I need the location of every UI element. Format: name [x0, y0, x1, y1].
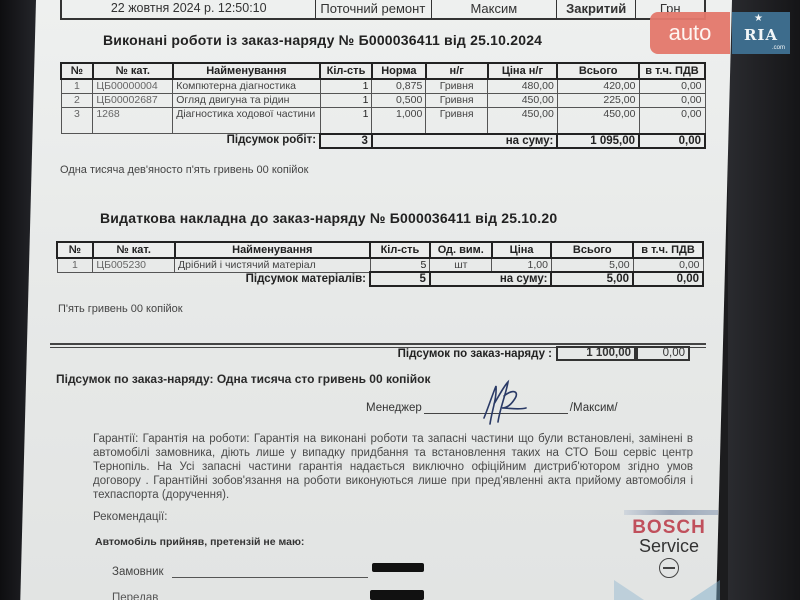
materials-summary-qty: 5 [370, 272, 430, 286]
service-label: Service [614, 536, 724, 557]
materials-col-header: Од. вим. [430, 242, 492, 258]
works-total-words: Одна тисяча дев'яносто п'ять гривень 00 … [60, 164, 308, 176]
unit: Гривня [426, 79, 488, 94]
customer-signature-line: Замовник [112, 566, 368, 578]
manager-name: Максим [432, 0, 557, 18]
works-summary-qty: 3 [320, 134, 372, 148]
item-name: Дрібний і чистячий матеріал [175, 258, 370, 272]
stamp-decoration [614, 580, 644, 600]
unit: Гривня [426, 94, 488, 108]
catalog-number: ЦБ00000004 [93, 79, 173, 94]
quantity: 5 [370, 258, 430, 272]
norm-hours: 0,500 [372, 94, 426, 108]
grand-total-row: Підсумок по заказ-наряду : 1 100,00 0,00 [384, 346, 690, 361]
item-name: Діагностика ходової частини [173, 108, 320, 134]
works-table: №№ кат.НайменуванняКіл-стьНорман/гЦіна н… [60, 62, 706, 149]
line-total: 225,00 [557, 94, 639, 108]
vat-amount: 0,00 [639, 108, 705, 134]
materials-col-header: в т.ч. ПДВ [633, 242, 703, 258]
materials-col-header: Всього [551, 242, 633, 258]
watermark-ria-text: RIA [744, 26, 778, 44]
unit-price: 1,00 [492, 258, 552, 272]
materials-summary-row: Підсумок матеріалів: 5 на суму: 5,00 0,0… [57, 272, 703, 286]
line-total: 450,00 [557, 108, 639, 134]
repair-type: Поточний ремонт [316, 0, 431, 18]
manager-label: Менеджер [366, 402, 422, 414]
order-header-strip: 22 жовтня 2024 р. 12:50:10 Поточний ремо… [60, 0, 706, 20]
order-status: Закритий [557, 0, 637, 18]
vat-amount: 0,00 [639, 79, 705, 94]
catalog-number: 1268 [93, 108, 173, 134]
item-name: Огляд двигуна та рідин [173, 94, 320, 108]
manager-signed-name: /Максим/ [570, 402, 618, 414]
materials-summary-label: Підсумок матеріалів: [57, 272, 370, 286]
watermark-ria: ★ RIA .com [732, 12, 790, 54]
bosch-armature-icon [659, 558, 679, 578]
grand-total-label: Підсумок по заказ-наряду : [384, 348, 556, 360]
table-row: 1ЦБ005230Дрібний і чистячий матеріал5шт1… [57, 258, 703, 272]
works-summary-label: Підсумок робіт: [61, 134, 320, 148]
works-sum-vat: 0,00 [639, 134, 705, 148]
quantity: 1 [320, 108, 372, 134]
norm-hours: 1,000 [372, 108, 426, 134]
quantity: 1 [320, 79, 372, 94]
norm-hours: 0,875 [372, 79, 426, 94]
works-col-header: в т.ч. ПДВ [639, 63, 705, 79]
works-title: Виконані роботи із заказ-наряду № Б00003… [103, 32, 542, 48]
row-number: 1 [57, 258, 93, 272]
watermark-com: .com [772, 45, 785, 51]
works-sum-label: на суму: [372, 134, 557, 148]
works-summary-row: Підсумок робіт: 3 на суму: 1 095,00 0,00 [61, 134, 705, 148]
unit-price: 450,00 [488, 108, 558, 134]
materials-col-header: Кіл-сть [370, 242, 430, 258]
bosch-service-stamp: BOSCH Service [614, 510, 724, 600]
grand-total-sum: 1 100,00 [556, 346, 636, 361]
row-number: 3 [61, 108, 93, 134]
works-col-header: Всього [557, 63, 639, 79]
works-col-header: № [61, 63, 93, 79]
customer-underline [172, 566, 368, 578]
row-number: 1 [61, 79, 93, 94]
redaction-mark [370, 590, 424, 600]
works-col-header: Ціна н/г [488, 63, 558, 79]
quantity: 1 [320, 94, 372, 108]
unit-price: 480,00 [488, 79, 558, 94]
line-total: 420,00 [557, 79, 639, 94]
catalog-number: ЦБ005230 [93, 258, 175, 272]
grand-total-words: Підсумок по заказ-наряду: Одна тисяча ст… [56, 372, 430, 386]
table-row: 1ЦБ00000004Компютерна діагностика10,875Г… [61, 79, 705, 94]
stamp-strip [624, 510, 718, 515]
materials-table: №№ кат.НайменуванняКіл-стьОд. вим.ЦінаВс… [56, 241, 704, 287]
row-number: 2 [61, 94, 93, 108]
unit: шт [430, 258, 492, 272]
works-col-header: Кіл-сть [320, 63, 372, 79]
works-sum-total: 1 095,00 [557, 134, 639, 148]
works-col-header: Норма [372, 63, 426, 79]
item-name: Компютерна діагностика [173, 79, 320, 94]
invoice-document: 22 жовтня 2024 р. 12:50:10 Поточний ремо… [0, 0, 800, 600]
vat-amount: 0,00 [633, 258, 703, 272]
warranty-text: Гарантії: Гарантія на роботи: Гарантія н… [93, 432, 693, 502]
materials-total-words: П'ять гривень 00 копійок [58, 303, 183, 315]
stamp-decoration [690, 580, 720, 600]
accepted-statement: Автомобіль прийняв, претензій не маю: [95, 536, 304, 548]
catalog-number: ЦБ00002687 [93, 94, 173, 108]
materials-col-header: Ціна [492, 242, 552, 258]
recommendations-label: Рекомендації: [93, 511, 167, 523]
line-total: 5,00 [551, 258, 633, 272]
works-col-header: Найменування [173, 63, 320, 79]
vat-amount: 0,00 [639, 94, 705, 108]
materials-col-header: Найменування [175, 242, 370, 258]
watermark-auto: auto [650, 12, 730, 54]
materials-sum-vat: 0,00 [633, 272, 703, 286]
handwritten-signature [470, 378, 530, 426]
unit-price: 450,00 [488, 94, 558, 108]
materials-title: Видаткова накладна до заказ-наряду № Б00… [100, 210, 557, 226]
works-col-header: н/г [426, 63, 488, 79]
redaction-mark [372, 563, 424, 572]
grand-total-vat: 0,00 [636, 346, 690, 361]
customer-label: Замовник [112, 566, 164, 578]
materials-sum-label: на суму: [430, 272, 552, 286]
materials-col-header: № кат. [93, 242, 175, 258]
materials-col-header: № [57, 242, 93, 258]
table-row: 2ЦБ00002687Огляд двигуна та рідин10,500Г… [61, 94, 705, 108]
table-row: 31268Діагностика ходової частини11,000Гр… [61, 108, 705, 134]
works-col-header: № кат. [93, 63, 173, 79]
order-date: 22 жовтня 2024 р. 12:50:10 [62, 0, 316, 18]
star-icon: ★ [754, 13, 763, 24]
autoria-watermark: auto ★ RIA .com [650, 12, 790, 54]
handed-over-label: Передав [112, 592, 158, 600]
materials-sum-total: 5,00 [551, 272, 633, 286]
unit: Гривня [426, 108, 488, 134]
